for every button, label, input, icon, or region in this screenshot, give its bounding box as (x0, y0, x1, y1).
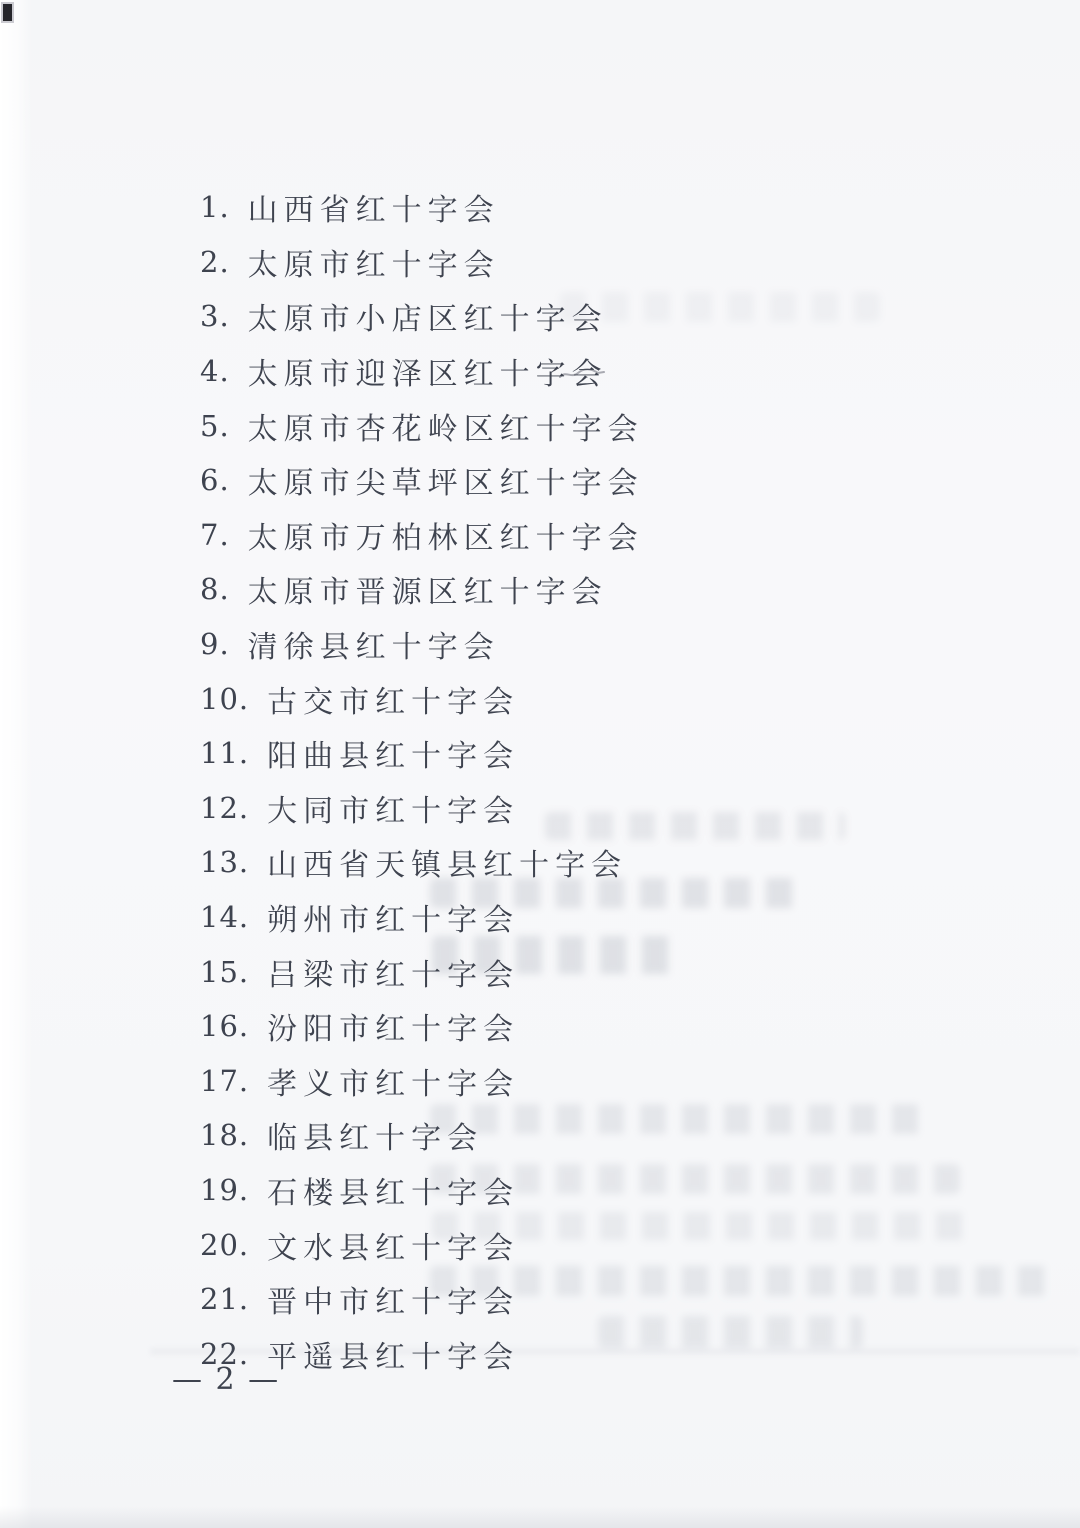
list-item-number: 17. (200, 1064, 249, 1098)
organization-name: 临县红十字会 (267, 1113, 483, 1157)
list-item-number: 2. (200, 245, 230, 279)
org-list: 1.山西省红十字会2.太原市红十字会3.太原市小店区红十字会4.太原市迎泽区红十… (200, 180, 644, 1381)
list-item: 12.大同市红十字会 (200, 781, 644, 836)
list-item: 18.临县红十字会 (200, 1108, 644, 1163)
list-item-number: 6. (200, 463, 230, 497)
list-item-number: 12. (200, 791, 249, 825)
list-item: 17.孝义市红十字会 (200, 1054, 644, 1109)
organization-name: 吕梁市红十字会 (267, 950, 519, 994)
list-item: 16.汾阳市红十字会 (200, 999, 644, 1054)
list-item: 15.吕梁市红十字会 (200, 944, 644, 999)
list-item-number: 3. (200, 299, 230, 333)
list-item-number: 8. (200, 572, 230, 606)
list-item-number: 9. (200, 627, 230, 661)
organization-name: 文水县红十字会 (267, 1223, 519, 1267)
organization-name: 朔州市红十字会 (267, 895, 519, 939)
list-item: 21.晋中市红十字会 (200, 1272, 644, 1327)
organization-name: 太原市晋源区红十字会 (248, 567, 608, 611)
organization-name: 石楼县红十字会 (267, 1168, 519, 1212)
scanned-document: { "page": { "number_label": "— 2 —", "ba… (0, 0, 1080, 1528)
document-page: 1.山西省红十字会2.太原市红十字会3.太原市小店区红十字会4.太原市迎泽区红十… (0, 0, 1080, 1528)
list-item-number: 15. (200, 955, 249, 989)
organization-name: 晋中市红十字会 (267, 1277, 519, 1321)
list-item-number: 14. (200, 900, 249, 934)
list-item-number: 21. (200, 1282, 249, 1316)
list-item: 1.山西省红十字会 (200, 180, 644, 235)
scan-corner-mark (3, 4, 12, 21)
page-number: — 2 — (172, 1362, 280, 1397)
list-item-number: 19. (200, 1173, 249, 1207)
organization-name: 孝义市红十字会 (267, 1059, 519, 1103)
list-item: 11.阳曲县红十字会 (200, 726, 644, 781)
organization-name: 汾阳市红十字会 (267, 1004, 519, 1048)
organization-name: 太原市红十字会 (248, 240, 500, 284)
organization-name: 太原市万柏林区红十字会 (248, 513, 644, 557)
list-item-number: 16. (200, 1009, 249, 1043)
organization-name: 太原市迎泽区红十字会 (248, 349, 608, 393)
organization-name: 阳曲县红十字会 (267, 731, 519, 775)
organization-name: 太原市小店区红十字会 (248, 294, 608, 338)
organization-name: 山西省红十字会 (248, 185, 500, 229)
list-item: 6.太原市尖草坪区红十字会 (200, 453, 644, 508)
list-item: 14.朔州市红十字会 (200, 890, 644, 945)
list-item: 4.太原市迎泽区红十字会 (200, 344, 644, 399)
list-item-number: 10. (200, 682, 249, 716)
list-item: 19.石楼县红十字会 (200, 1163, 644, 1218)
list-item: 8.太原市晋源区红十字会 (200, 562, 644, 617)
list-item-number: 13. (200, 845, 249, 879)
list-item: 13.山西省天镇县红十字会 (200, 835, 644, 890)
organization-name: 清徐县红十字会 (248, 622, 500, 666)
list-item-number: 18. (200, 1118, 249, 1152)
list-item-number: 1. (200, 190, 230, 224)
list-item: 2.太原市红十字会 (200, 235, 644, 290)
organization-name: 太原市尖草坪区红十字会 (248, 458, 644, 502)
organization-name: 古交市红十字会 (267, 677, 519, 721)
list-item: 10.古交市红十字会 (200, 671, 644, 726)
organization-name: 山西省天镇县红十字会 (267, 840, 627, 884)
list-item-number: 4. (200, 354, 230, 388)
organization-name: 大同市红十字会 (267, 786, 519, 830)
list-item: 7.太原市万柏林区红十字会 (200, 508, 644, 563)
list-item: 9.清徐县红十字会 (200, 617, 644, 672)
list-item-number: 20. (200, 1228, 249, 1262)
list-item: 3.太原市小店区红十字会 (200, 289, 644, 344)
list-item: 20.文水县红十字会 (200, 1217, 644, 1272)
organization-name: 太原市杏花岭区红十字会 (248, 404, 644, 448)
organization-name: 平遥县红十字会 (267, 1332, 519, 1376)
list-item-number: 11. (200, 736, 249, 770)
list-item: 5.太原市杏花岭区红十字会 (200, 398, 644, 453)
list-item-number: 7. (200, 518, 230, 552)
list-item-number: 5. (200, 409, 230, 443)
